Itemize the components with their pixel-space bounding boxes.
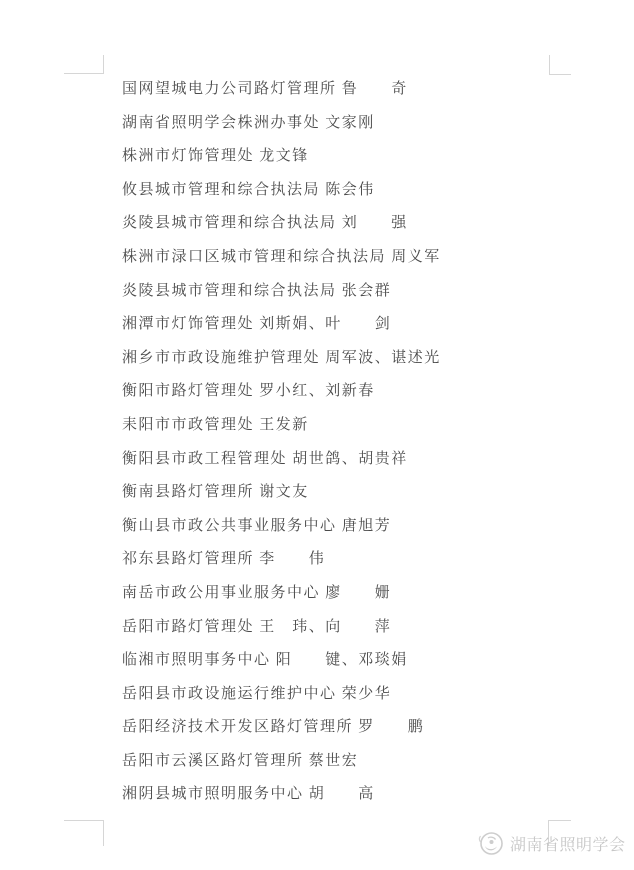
roster-line: 株洲市灯饰管理处 龙文锋: [122, 140, 562, 174]
society-emblem-icon: [478, 830, 505, 857]
roster-line: 湘乡市市政设施维护管理处 周军波、谌述光: [122, 342, 562, 376]
roster-line: 国网望城电力公司路灯管理所 鲁 奇: [122, 73, 562, 107]
roster-line: 炎陵县城市管理和综合执法局 张会群: [122, 275, 562, 309]
roster-line: 岳阳市云溪区路灯管理所 蔡世宏: [122, 745, 562, 779]
roster-line: 岳阳县市政设施运行维护中心 荣少华: [122, 678, 562, 712]
roster-line: 炎陵县城市管理和综合执法局 刘 强: [122, 207, 562, 241]
roster-line: 攸县城市管理和综合执法局 陈会伟: [122, 174, 562, 208]
document-page: 国网望城电力公司路灯管理所 鲁 奇 湖南省照明学会株洲办事处 文家刚 株洲市灯饰…: [0, 0, 634, 870]
roster-line: 湖南省照明学会株洲办事处 文家刚: [122, 107, 562, 141]
roster-line: 衡阳县市政工程管理处 胡世鸽、胡贵祥: [122, 443, 562, 477]
roster-line: 衡山县市政公共事业服务中心 唐旭芳: [122, 510, 562, 544]
roster-line: 岳阳市路灯管理处 王 玮、向 萍: [122, 611, 562, 645]
text-boundary-mark-bottom-left: [64, 820, 104, 846]
roster-line: 株洲市渌口区城市管理和综合执法局 周义军: [122, 241, 562, 275]
roster-line: 衡阳市路灯管理处 罗小红、刘新春: [122, 375, 562, 409]
text-boundary-mark-top-left: [64, 55, 104, 74]
roster-line: 临湘市照明事务中心 阳 键、邓琰娟: [122, 644, 562, 678]
roster-line: 衡南县路灯管理所 谢文友: [122, 476, 562, 510]
roster-line: 南岳市政公用事业服务中心 廖 姗: [122, 577, 562, 611]
roster-line: 岳阳经济技术开发区路灯管理所 罗 鹏: [122, 711, 562, 745]
roster-line: 湘潭市灯饰管理处 刘斯娟、叶 剑: [122, 308, 562, 342]
roster-line: 耒阳市市政管理处 王发新: [122, 409, 562, 443]
roster-list: 国网望城电力公司路灯管理所 鲁 奇 湖南省照明学会株洲办事处 文家刚 株洲市灯饰…: [122, 73, 562, 812]
watermark: 湖南省照明学会: [478, 830, 626, 857]
roster-line: 祁东县路灯管理所 李 伟: [122, 543, 562, 577]
watermark-label: 湖南省照明学会: [510, 832, 626, 855]
roster-line: 湘阴县城市照明服务中心 胡 高: [122, 778, 562, 812]
text-boundary-mark-top-right: [549, 55, 571, 75]
